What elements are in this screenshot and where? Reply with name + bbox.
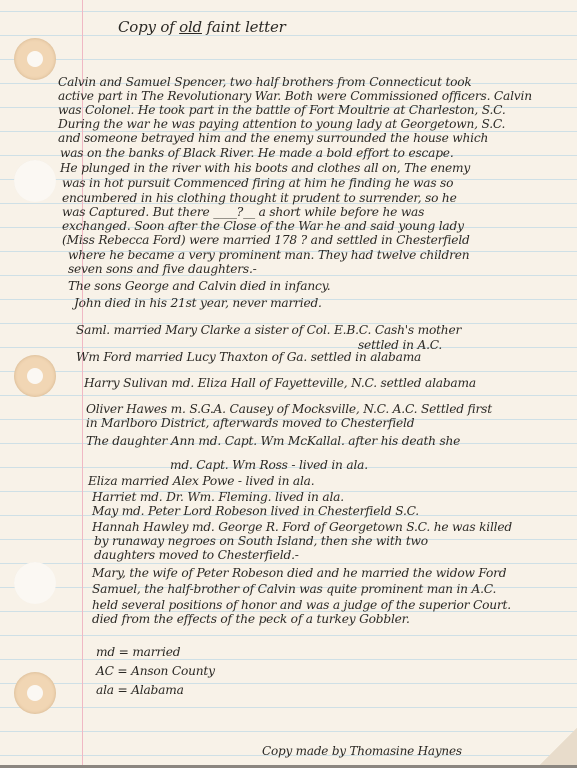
letter-line: May md. Peter Lord Robeson lived in Ches… bbox=[92, 504, 419, 519]
letter-line: Samuel, the half-brother of Calvin was q… bbox=[92, 582, 496, 597]
letter-line: The sons George and Calvin died in infan… bbox=[68, 279, 330, 294]
legend-entry: md = married bbox=[96, 645, 180, 660]
legend-entry: ala = Alabama bbox=[96, 683, 184, 698]
legend-entry: AC = Anson County bbox=[96, 664, 215, 679]
letter-line: active part in The Revolutionary War. Bo… bbox=[58, 89, 532, 104]
page-corner-curl bbox=[537, 728, 577, 768]
letter-line: Oliver Hawes m. S.G.A. Causey of Mocksvi… bbox=[86, 402, 492, 417]
binder-hole-reinforced-middle bbox=[14, 355, 56, 397]
letter-line: During the war he was paying attention t… bbox=[58, 117, 505, 132]
letter-line: John died in his 21st year, never marrie… bbox=[74, 296, 322, 311]
letter-line: md. Capt. Wm Ross - lived in ala. bbox=[170, 458, 368, 473]
letter-line: Eliza married Alex Powe - lived in ala. bbox=[88, 474, 314, 489]
letter-line: Calvin and Samuel Spencer, two half brot… bbox=[58, 75, 472, 90]
letter-line: Saml. married Mary Clarke a sister of Co… bbox=[76, 323, 461, 338]
letter-line: where he became a very prominent man. Th… bbox=[68, 248, 469, 263]
letter-line: and someone betrayed him and the enemy s… bbox=[58, 131, 488, 146]
letter-line: seven sons and five daughters.- bbox=[68, 262, 257, 277]
letter-line: Hannah Hawley md. George R. Ford of Geor… bbox=[92, 520, 512, 535]
binder-hole-reinforced-top bbox=[14, 38, 56, 80]
letter-line: Harry Sulivan md. Eliza Hall of Fayettev… bbox=[84, 376, 476, 391]
letter-line: Wm Ford married Lucy Thaxton of Ga. sett… bbox=[76, 350, 421, 365]
letter-line: Harriet md. Dr. Wm. Fleming. lived in al… bbox=[92, 490, 344, 505]
letter-line: was Colonel. He took part in the battle … bbox=[58, 103, 506, 118]
letter-line: by runaway negroes on South Island, then… bbox=[94, 534, 428, 549]
letter-title: Copy of old faint letter bbox=[118, 20, 286, 35]
copyist-signature: Copy made by Thomasine Haynes bbox=[262, 744, 462, 759]
binder-hole-lower bbox=[14, 562, 56, 604]
letter-line: in Marlboro District, afterwards moved t… bbox=[86, 416, 414, 431]
letter-line: encumbered in his clothing thought it pr… bbox=[62, 191, 457, 206]
letter-line: was in hot pursuit Commenced firing at h… bbox=[62, 176, 453, 191]
letter-line: held several positions of honor and was … bbox=[92, 598, 511, 613]
letter-line: died from the effects of the peck of a t… bbox=[92, 612, 410, 627]
letter-line: daughters moved to Chesterfield.- bbox=[94, 548, 299, 563]
letter-line: was on the banks of Black River. He made… bbox=[60, 146, 454, 161]
letter-line: was Captured. But there ____?__ a short … bbox=[62, 205, 424, 220]
letter-line: The daughter Ann md. Capt. Wm McKallal. … bbox=[86, 434, 460, 449]
letter-line: He plunged in the river with his boots a… bbox=[60, 161, 470, 176]
letter-line: (Miss Rebecca Ford) were married 178 ? a… bbox=[62, 233, 470, 248]
letter-line: exchanged. Soon after the Close of the W… bbox=[62, 219, 464, 234]
binder-hole-reinforced-bottom bbox=[14, 672, 56, 714]
letter-line: Mary, the wife of Peter Robeson died and… bbox=[92, 566, 506, 581]
binder-hole-upper bbox=[14, 160, 56, 202]
